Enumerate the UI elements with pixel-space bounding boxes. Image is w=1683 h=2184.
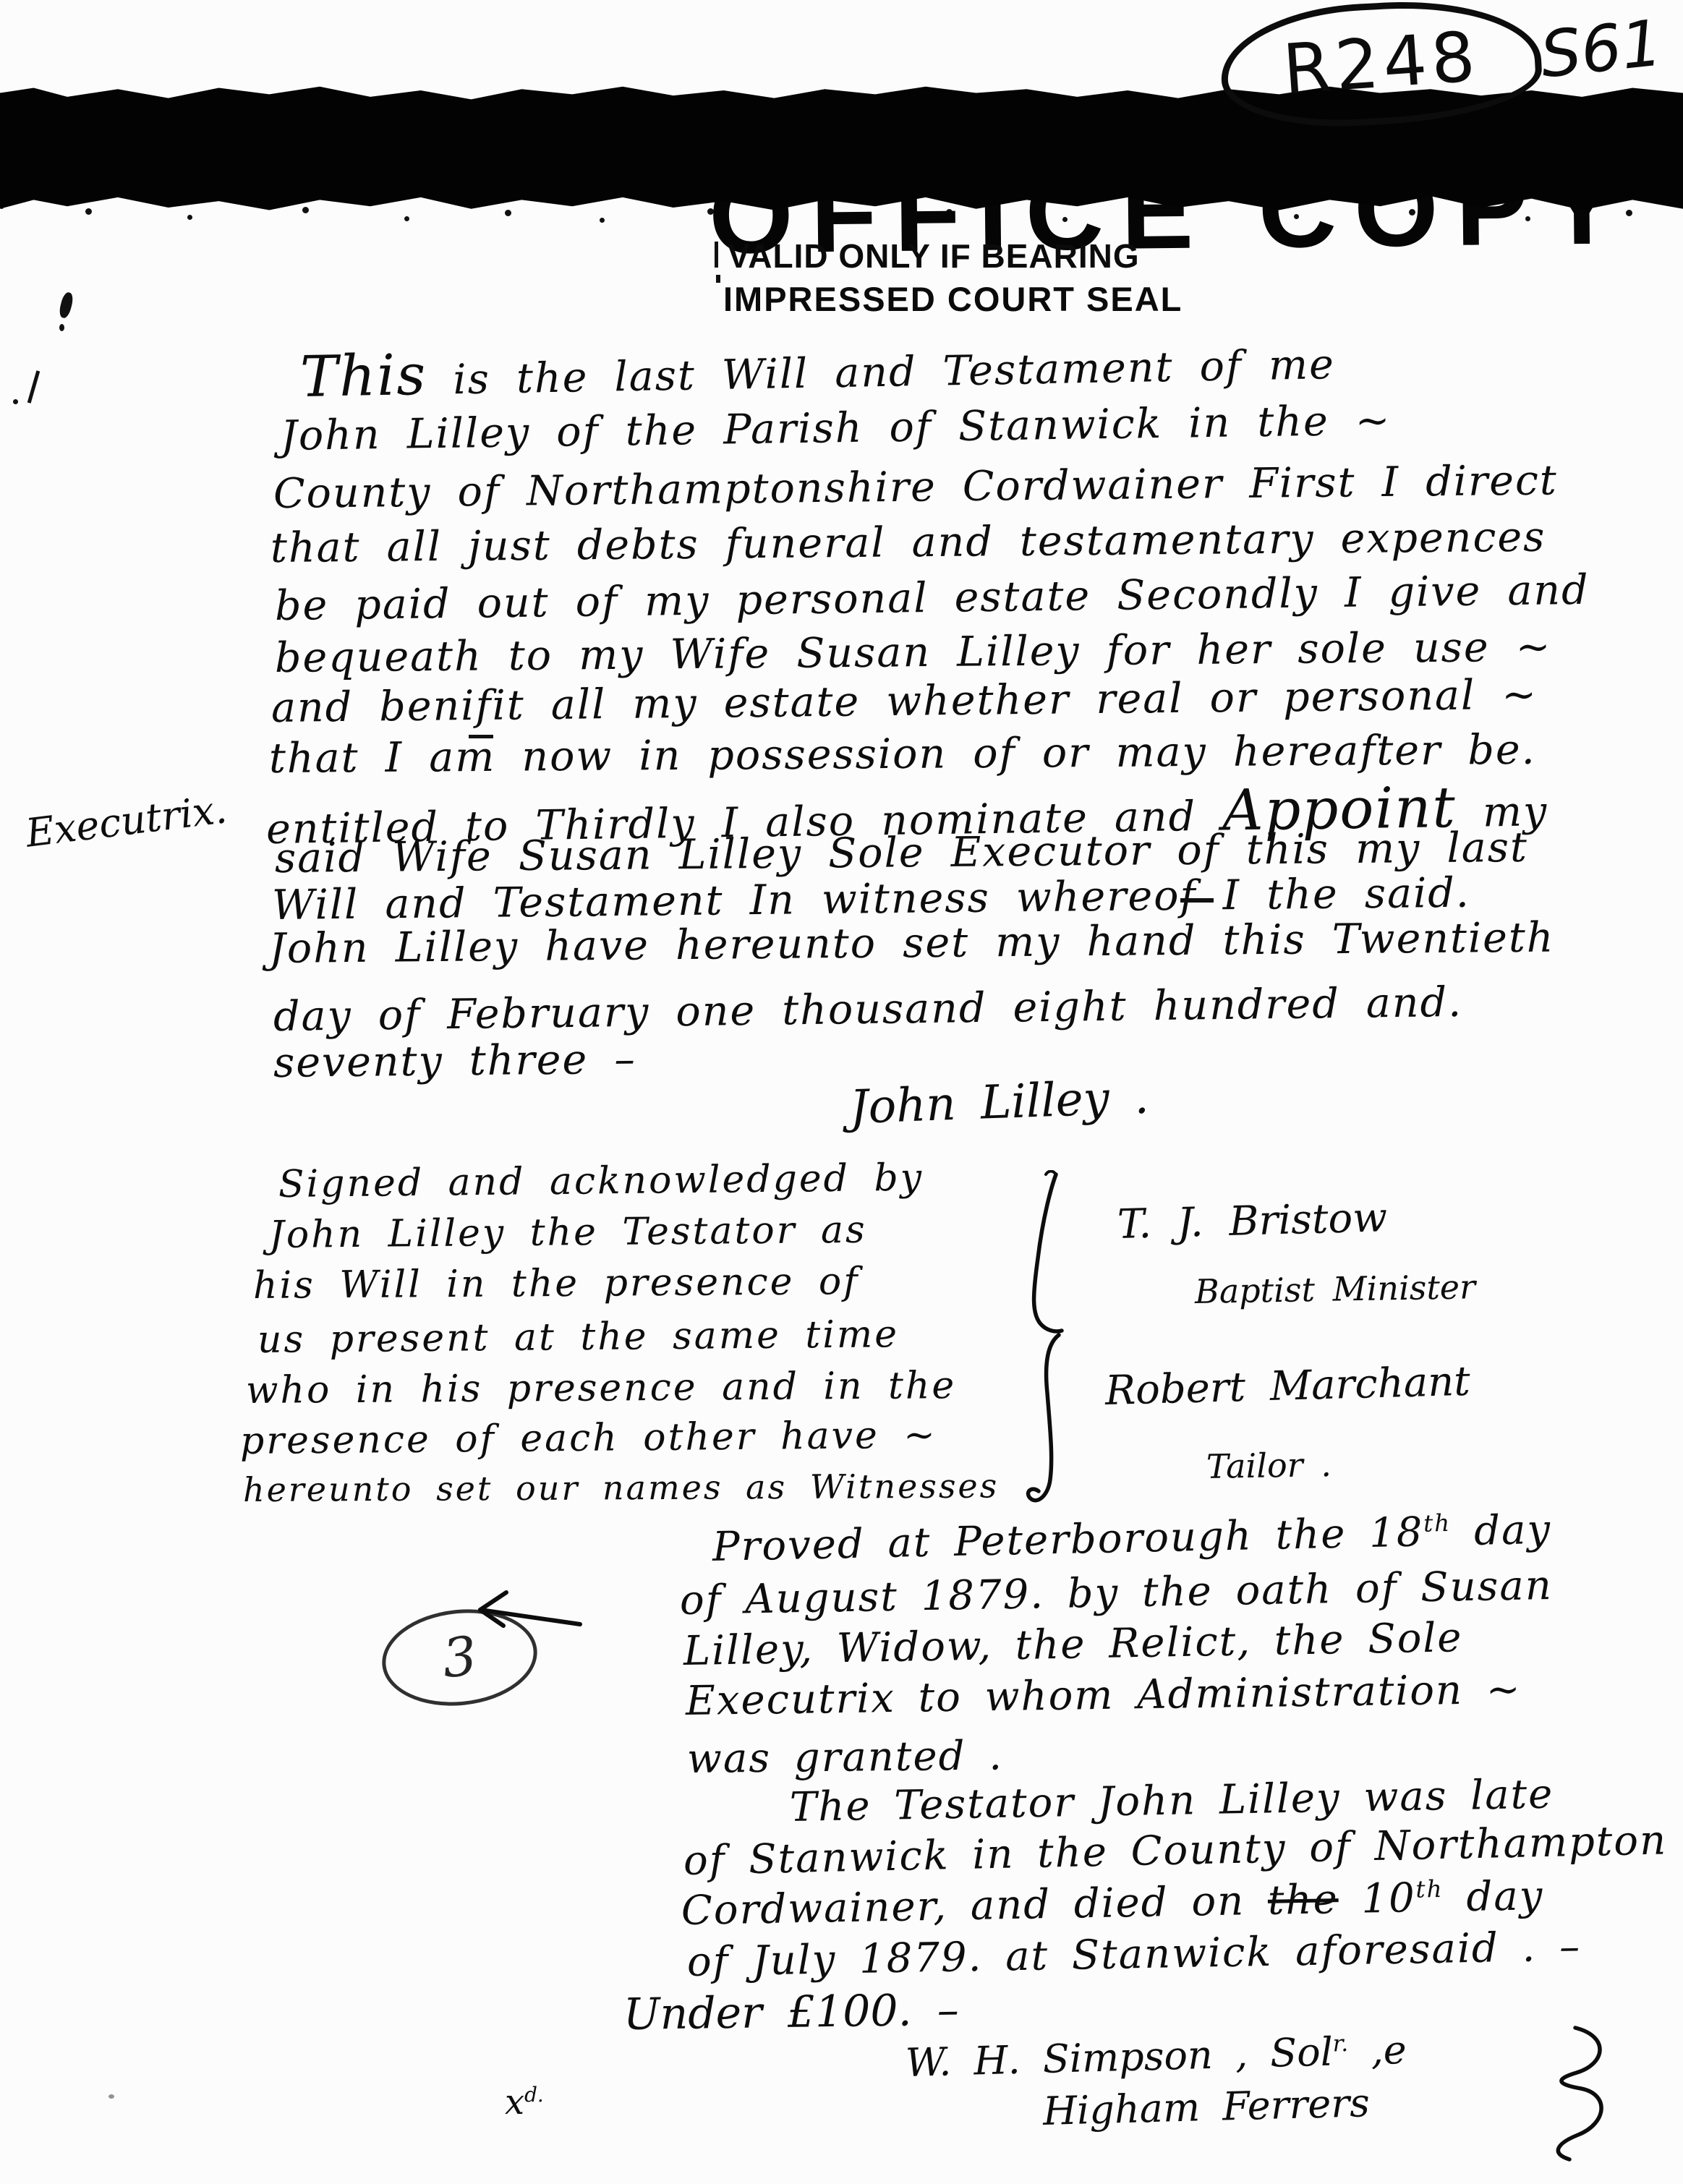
probate-line-5: was granted . — [687, 1733, 1004, 1783]
witness-1-role: Baptist Minister — [1195, 1268, 1476, 1311]
ink-dot — [13, 399, 18, 404]
ink-stroke — [27, 370, 40, 404]
will-line-13: day of February one thousand eight hundr… — [273, 979, 1463, 1041]
ink-blot — [58, 291, 74, 320]
page-code: S61 — [1537, 6, 1666, 93]
attestation-brace — [1014, 1170, 1083, 1516]
estate-value: Under £100. – — [623, 1986, 960, 2040]
stamp-line-valid: VALID ONLY IF BEARING — [728, 236, 1140, 276]
will-line-12: John Lilley have hereunto set my hand th… — [269, 914, 1555, 973]
underline-benifit — [469, 735, 493, 738]
probate-line-1: Proved at Peterborough the 18th day — [712, 1507, 1551, 1571]
ink-blot — [59, 324, 64, 331]
arrow-mark — [464, 1587, 587, 1645]
witness-2-role: Tailor . — [1206, 1446, 1332, 1486]
clerk-mark: xd. — [505, 2083, 544, 2123]
attestation-line-4: us present at the same time — [257, 1313, 900, 1362]
ink-speck — [108, 2094, 114, 2099]
attestation-line-7: hereunto set our names as Witnesses — [243, 1467, 1000, 1509]
will-line-4: that all just debts funeral and testamen… — [270, 514, 1546, 573]
attestation-line-1: Signed and acknowledged by — [278, 1157, 924, 1207]
solicitor-place: Higham Ferrers — [1042, 2081, 1370, 2134]
attestation-line-5: who in his presence and in the — [246, 1365, 957, 1413]
will-line-8: that I am now in possession of or may he… — [269, 727, 1536, 783]
will-line-14: seventy three – — [273, 1036, 636, 1088]
scanned-will-document: R248 S61 OFFICE COPY VALID ONLY IF BEARI… — [0, 0, 1683, 2184]
testator-signature: John Lilley . — [849, 1072, 1150, 1135]
will-line-1-opening-word: This — [299, 343, 427, 410]
struck-word: the — [1267, 1876, 1339, 1924]
margin-note-executrix: Executrix. — [23, 787, 229, 856]
probate-line-3: Lilley, Widow, the Relict, the Sole — [683, 1615, 1463, 1675]
stamp-line-seal: IMPRESSED COURT SEAL — [723, 279, 1183, 319]
will-line-3: County of Northamptonshire Cordwainer Fi… — [273, 457, 1558, 518]
witness-2-signature: Robert Marchant — [1104, 1359, 1470, 1415]
attestation-line-2: John Lilley the Testator as — [269, 1209, 867, 1258]
probate-line-9: of July 1879. at Stanwick aforesaid . – — [686, 1924, 1581, 1986]
will-line-1: This is the last Will and Testament of m… — [299, 328, 1335, 411]
witness-1-signature: T. J. Bristow — [1117, 1195, 1388, 1248]
solicitor-signature: W. H. Simpson , Solr. ,e — [905, 2028, 1407, 2086]
flourish-mark — [1525, 2022, 1626, 2167]
attestation-line-3: his Will in the presence of — [253, 1261, 860, 1308]
probate-line-4: Executrix to whom Administration ~ — [686, 1667, 1522, 1726]
attestation-line-6: presence of each other have ~ — [240, 1415, 937, 1464]
reference-number: R248 — [1280, 17, 1481, 111]
underline-executor — [1180, 898, 1214, 903]
will-line-5: be paid out of my personal estate Second… — [275, 567, 1590, 631]
